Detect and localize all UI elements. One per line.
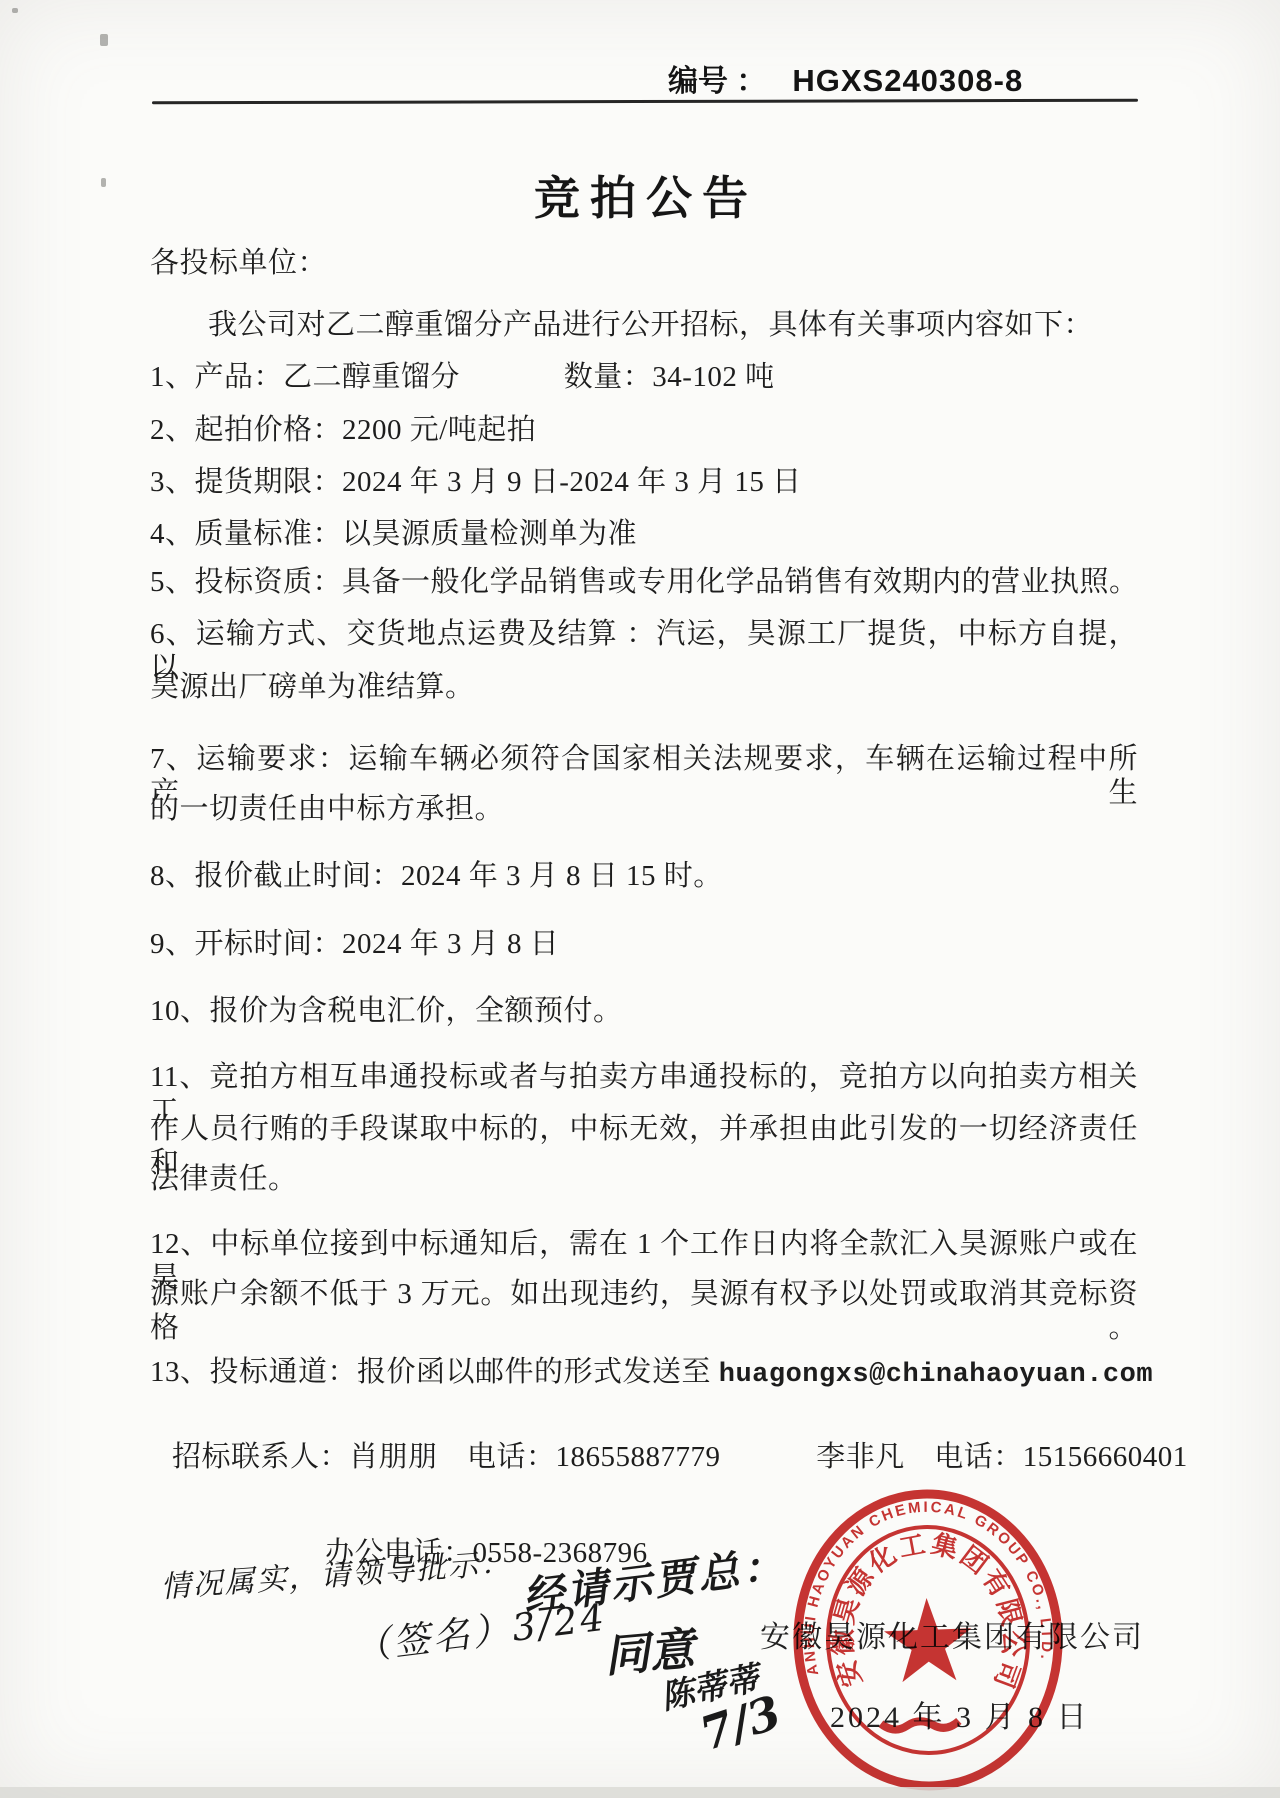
item-1-product: 1、产品：乙二醇重馏分 数量：34-102 吨: [150, 360, 1138, 394]
scan-edge-strip: [0, 1787, 1280, 1798]
scan-speck: [100, 34, 108, 46]
item-2-start-price: 2、起拍价格：2200 元/吨起拍: [150, 413, 1138, 447]
item-10-price-terms: 10、报价为含税电汇价，全额预付。: [150, 994, 1138, 1028]
bid-email: huagongxs@chinahaoyuan.com: [719, 1360, 1153, 1390]
item-1-quantity-text: 数量：34-102 吨: [564, 361, 775, 393]
bid-channel-text: 13、投标通道：报价函以邮件的形式发送至: [150, 1356, 719, 1388]
salutation: 各投标单位：: [150, 246, 1138, 280]
item-9-opening-time: 9、开标时间：2024 年 3 月 8 日: [150, 927, 1138, 961]
contact-secondary: 李非凡 电话：15156660401: [816, 1441, 1188, 1473]
page-title: 竞拍公告: [152, 162, 1140, 228]
scanned-auction-announcement: 编号 ： HGXS240308-8 竞拍公告 各投标单位： 我公司对乙二醇重馏分…: [0, 0, 1280, 1798]
doc-number-value: HGXS240308-8: [792, 63, 1023, 99]
scan-speck: [12, 8, 18, 13]
item-12-payment-line2: 源账户余额不低于 3 万元。如出现违约，昊源有权予以处罚或取消其竞标资格。: [150, 1277, 1138, 1345]
item-3-pickup-period: 3、提货期限：2024 年 3 月 9 日-2024 年 3 月 15 日: [150, 465, 1138, 499]
item-11-collusion-line3: 法律责任。: [150, 1162, 1138, 1196]
stamp-star-icon: [883, 1597, 973, 1683]
contact-row: 招标联系人：肖朋朋 电话：18655887779 李非凡 电话：15156660…: [150, 1440, 1138, 1474]
header-divider: [152, 99, 1138, 105]
item-13-bid-channel: 13、投标通道：报价函以邮件的形式发送至 huagongxs@chinahaoy…: [150, 1355, 1138, 1392]
item-1-product-text: 1、产品：乙二醇重馏分: [150, 361, 460, 393]
item-6-transport-line2: 昊源出厂磅单为准结算。: [150, 670, 1138, 704]
item-4-quality: 4、质量标准：以昊源质量检测单为准: [150, 517, 1138, 551]
scan-speck: [101, 178, 106, 187]
item-8-deadline: 8、报价截止时间：2024 年 3 月 8 日 15 时。: [150, 859, 1138, 893]
contact-primary: 招标联系人：肖朋朋 电话：18655887779: [172, 1441, 721, 1473]
doc-number-row: 编号 ： HGXS240308-8: [668, 56, 1023, 100]
intro-paragraph: 我公司对乙二醇重馏分产品进行公开招标，具体有关事项内容如下：: [150, 308, 1138, 342]
company-stamp-icon: ANHUI HAOYUAN CHEMICAL GROUP CO., LTD. 安…: [785, 1481, 1072, 1798]
item-7-requirement-line2: 的一切责任由中标方承担。: [150, 792, 1138, 826]
item-5-qualification: 5、投标资质：具备一般化学品销售或专用化学品销售有效期内的营业执照。: [150, 565, 1138, 599]
doc-number-label: 编号 ：: [668, 56, 766, 100]
